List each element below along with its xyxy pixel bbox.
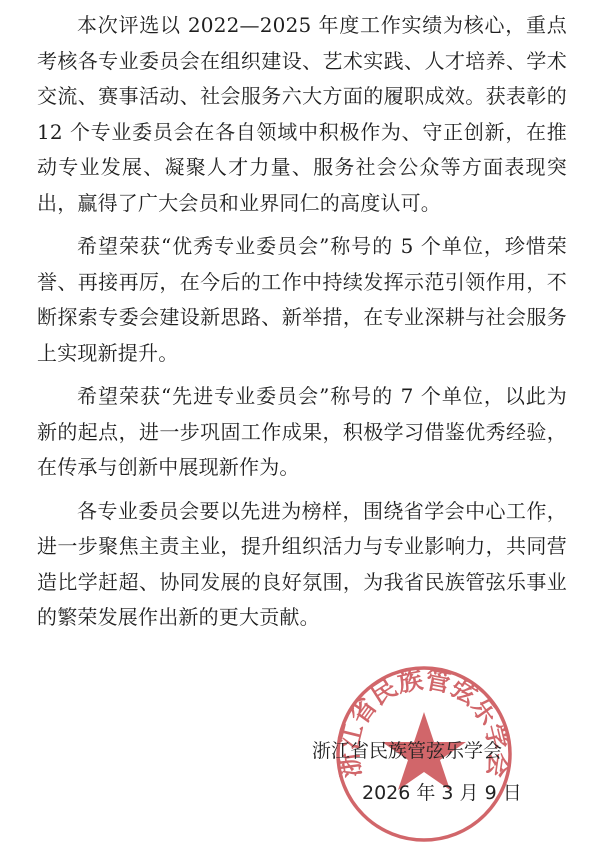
issuer-signature: 浙江省民族管弦乐学会 xyxy=(312,736,502,763)
paragraph-excellent-committees: 希望荣获“优秀专业委员会”称号的 5 个单位，珍惜荣誉、再接再厉，在今后的工作中… xyxy=(37,229,567,371)
document-body: 本次评选以 2022—2025 年度工作实绩为核心，重点考核各专业委员会在组织建… xyxy=(37,8,567,644)
paragraph-evaluation-summary: 本次评选以 2022—2025 年度工作实绩为核心，重点考核各专业委员会在组织建… xyxy=(37,8,567,221)
paragraph-closing-call: 各专业委员会要以先进为榜样，围绕省学会中心工作，进一步聚焦主责主业，提升组织活力… xyxy=(37,494,567,636)
issue-date: 2026 年 3 月 9 日 xyxy=(362,778,522,805)
paragraph-advanced-committees: 希望荣获“先进专业委员会”称号的 7 个单位，以此为新的起点，进一步巩固工作成果… xyxy=(37,379,567,486)
